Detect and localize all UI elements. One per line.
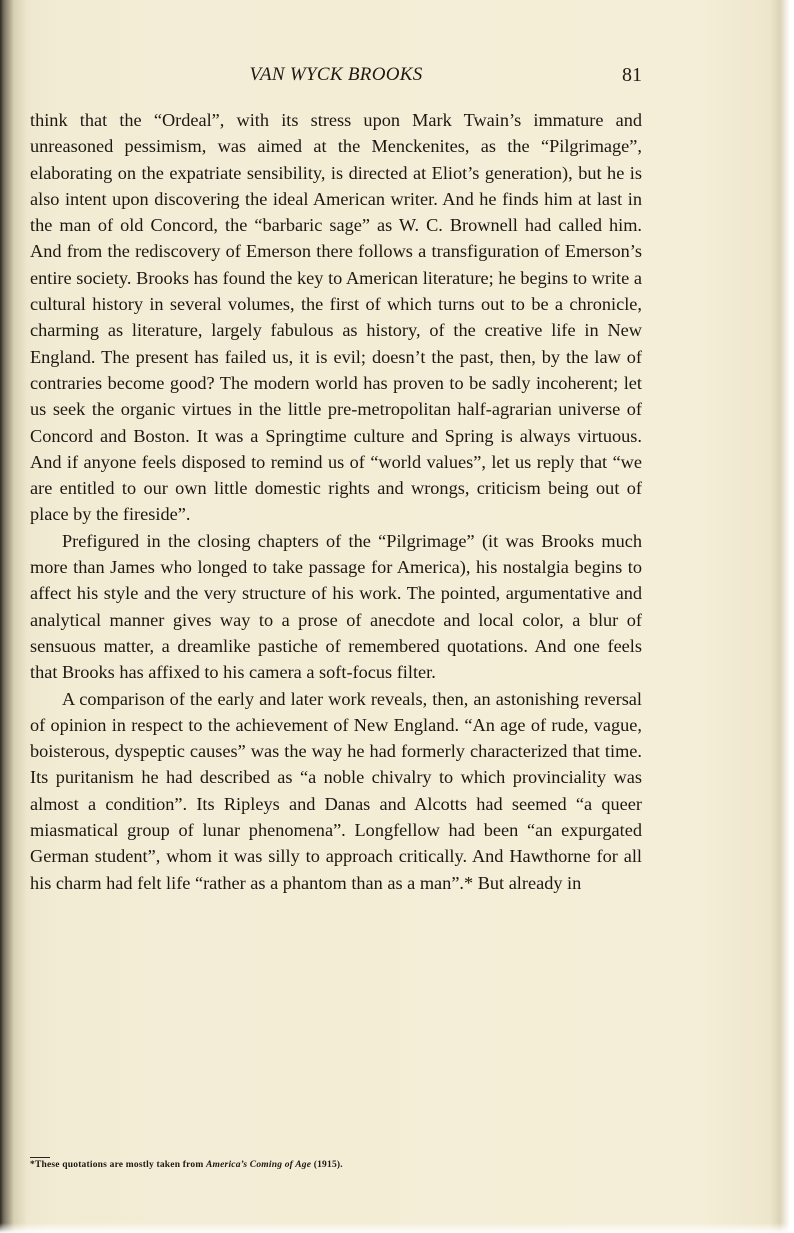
footnote-suffix: (1915).	[311, 1160, 343, 1170]
footnote: *These quotations are mostly taken from …	[30, 1160, 642, 1170]
footnote-rule	[30, 1157, 50, 1158]
paragraph: think that the “Ordeal”, with its stress…	[30, 107, 642, 528]
paragraph: A comparison of the early and later work…	[30, 686, 642, 896]
footnote-prefix: *These quotations are mostly taken from	[30, 1160, 206, 1170]
page-number: 81	[622, 64, 642, 87]
running-title: VAN WYCK BROOKS	[30, 64, 642, 86]
paragraph: Prefigured in the closing chapters of th…	[30, 528, 642, 686]
body-text: think that the “Ordeal”, with its stress…	[30, 107, 642, 896]
running-head: VAN WYCK BROOKS 81	[30, 64, 642, 92]
page-edge	[0, 1223, 794, 1233]
book-page: VAN WYCK BROOKS 81 think that the “Ordea…	[0, 0, 794, 1233]
footnote-book-title: America’s Coming of Age	[206, 1160, 311, 1170]
